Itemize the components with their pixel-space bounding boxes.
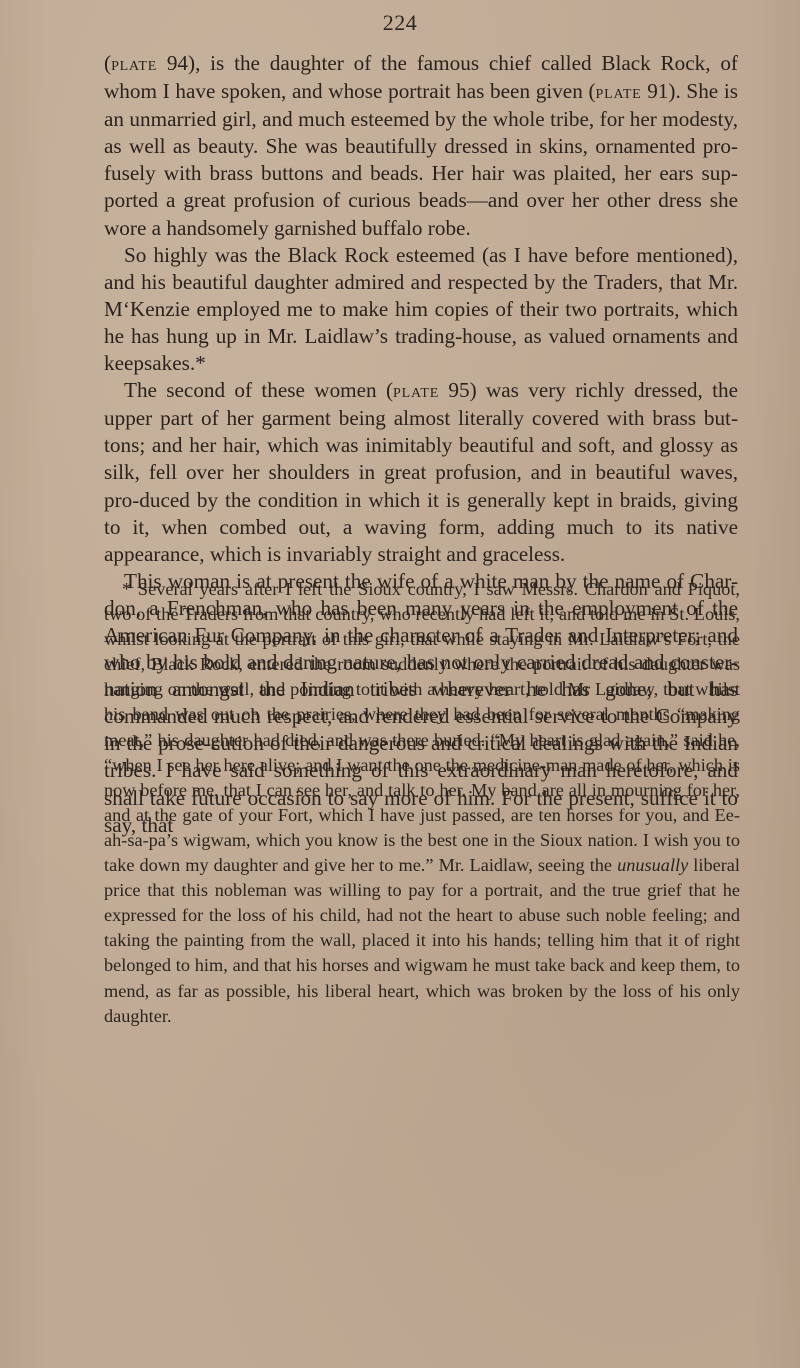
plate-reference: plate (111, 54, 157, 75)
page-number: 224 (0, 10, 800, 36)
emphasis: unusually (617, 855, 688, 875)
plate-reference: plate (596, 82, 642, 103)
footnote: * Several years after I left the Sioux c… (104, 577, 740, 1029)
book-page: 224 (plate 94), is the daughter of the f… (0, 0, 800, 1368)
paragraph-3: The second of these women (plate 95) was… (104, 377, 738, 568)
plate-reference: plate (393, 381, 439, 402)
paragraph-2: So highly was the Black Rock esteemed (a… (104, 242, 738, 377)
footnote-text: * Several years after I left the Sioux c… (104, 577, 740, 1029)
paragraph-1: (plate 94), is the daughter of the famou… (104, 50, 738, 242)
